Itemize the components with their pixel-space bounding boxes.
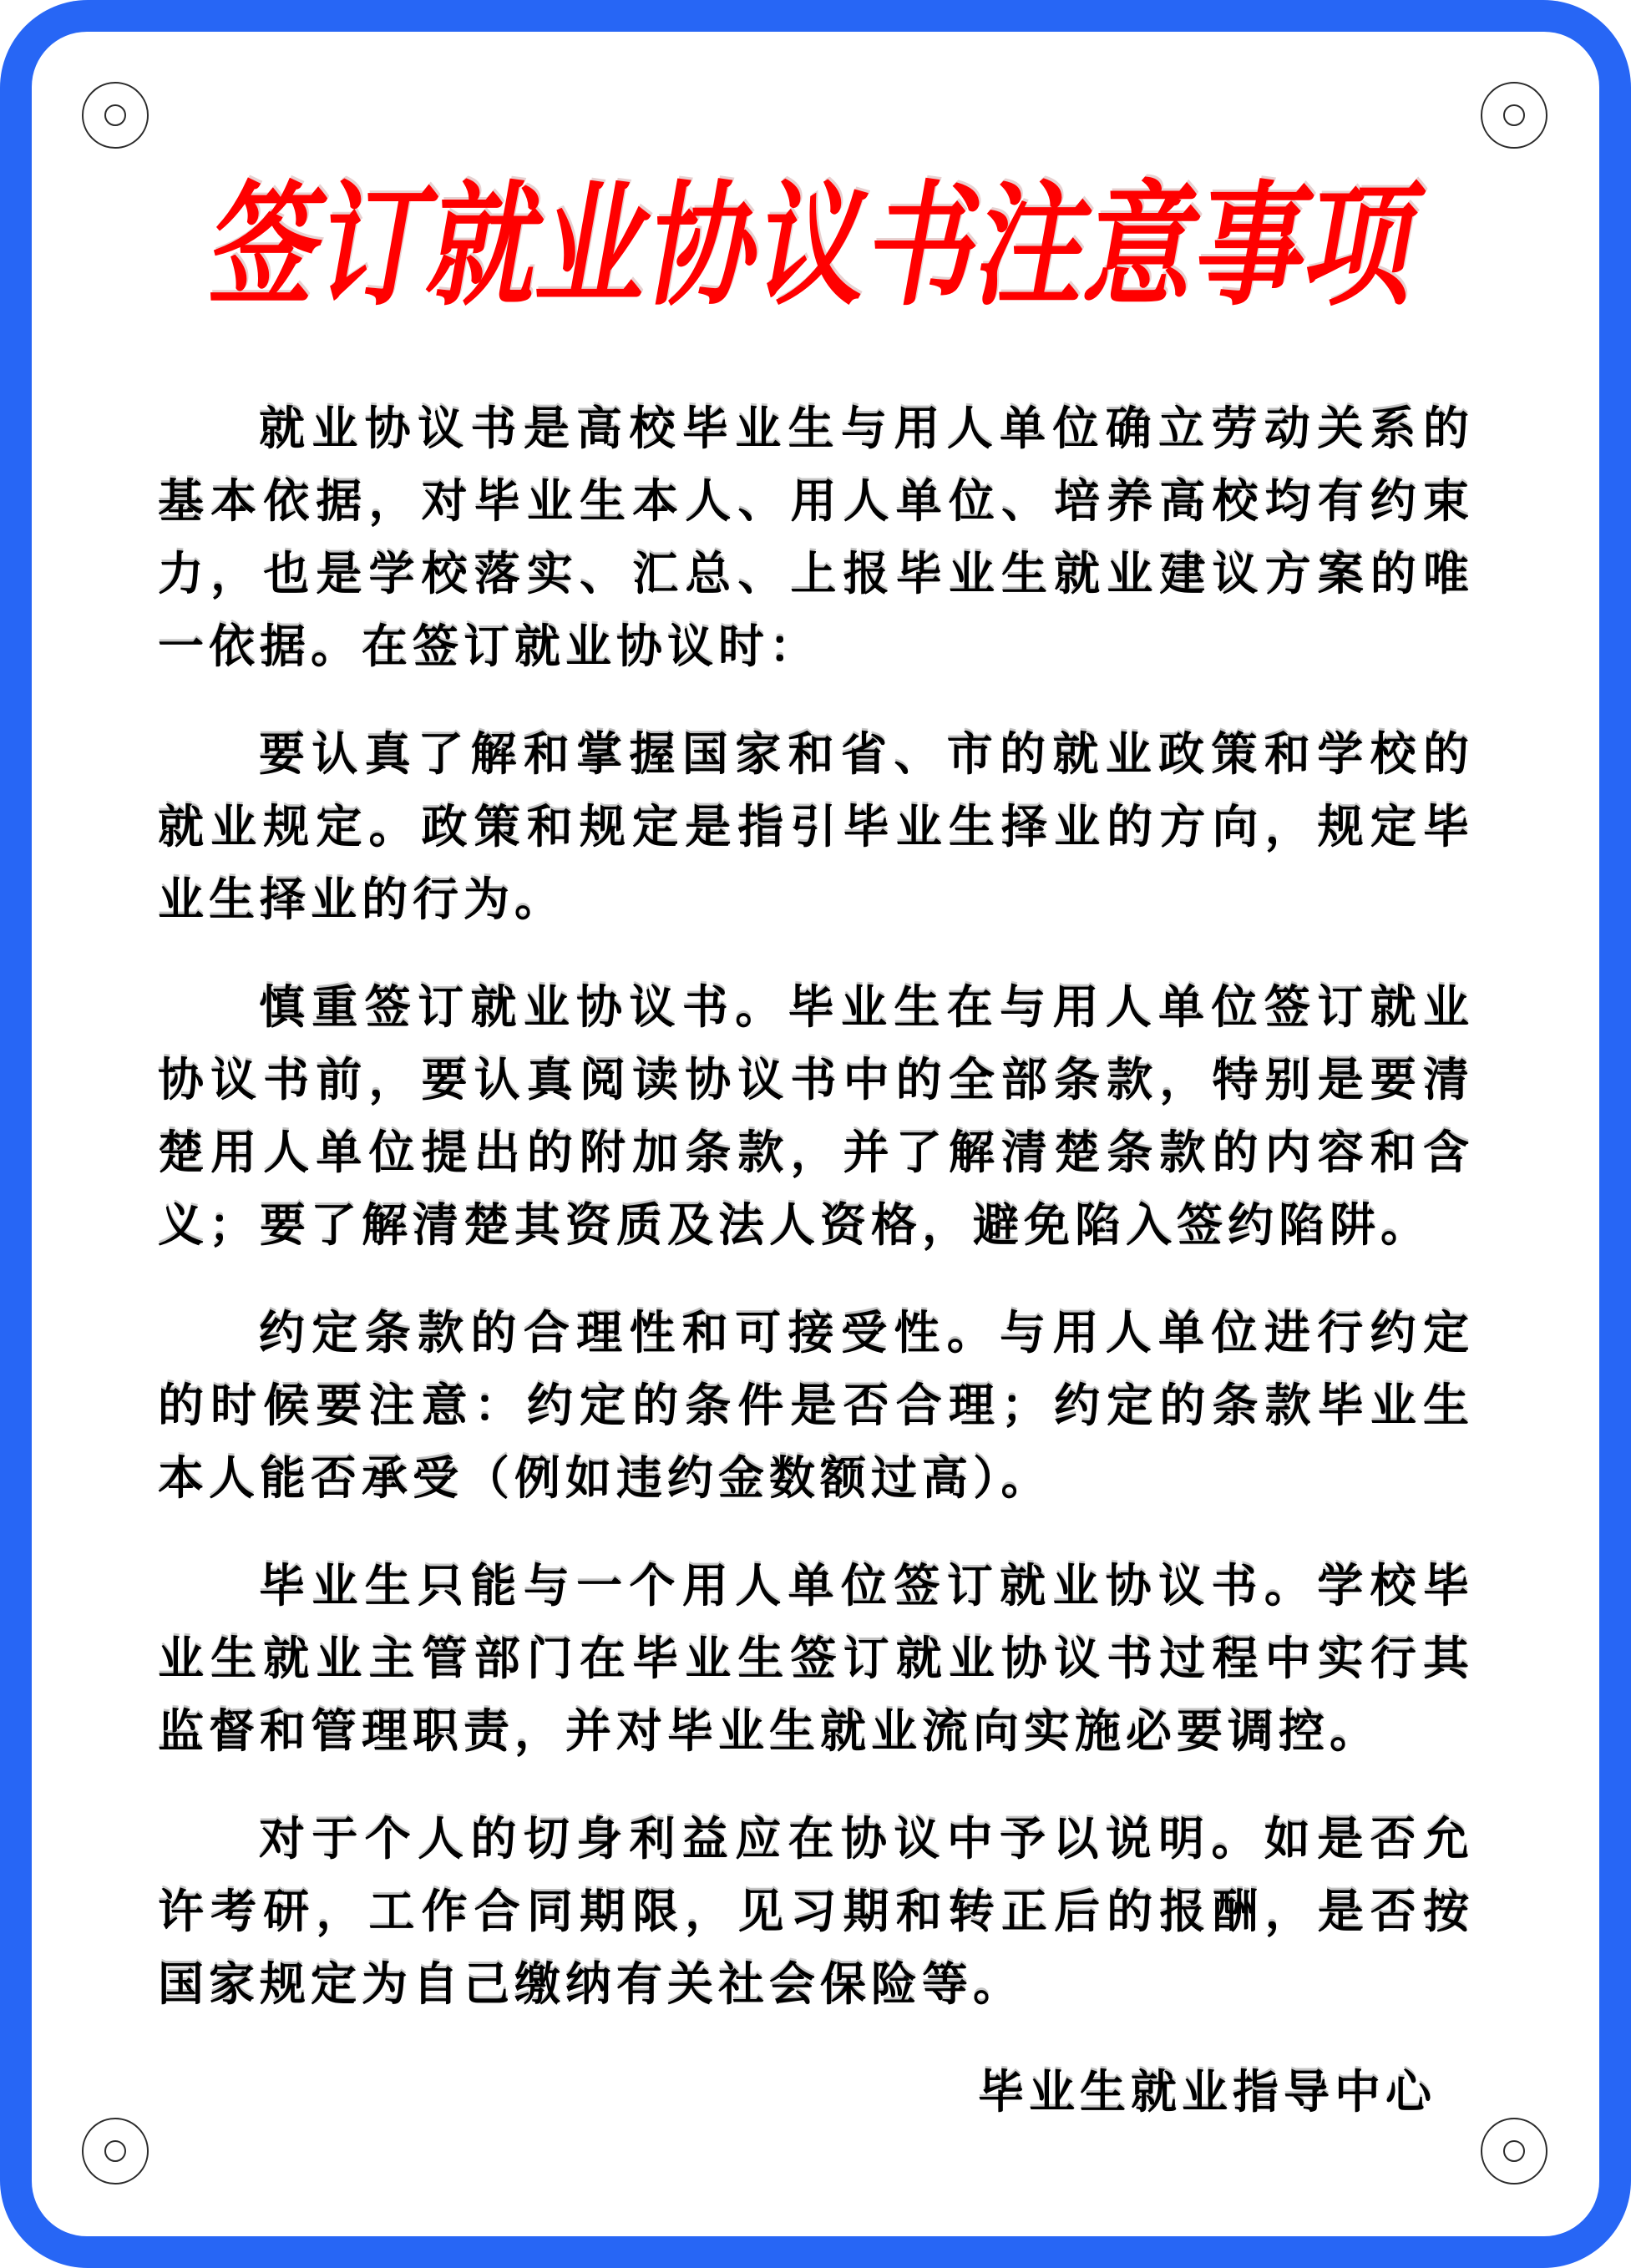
poster-title-text: 签订就业协议书注意事项 xyxy=(200,171,1431,321)
screw-hole-bottom-right-icon xyxy=(1481,2118,1547,2184)
paragraph-personal-interests: 对于个人的切身利益应在协议中予以说明。如是否允许考研，工作合同期限，见习期和转正… xyxy=(158,1803,1474,2021)
screw-hole-top-right-icon xyxy=(1481,82,1547,149)
paragraph-caution: 慎重签订就业协议书。毕业生在与用人单位签订就业协议书前，要认真阅读协议书中的全部… xyxy=(158,971,1474,1262)
poster-title: 签订就业协议书注意事项 xyxy=(32,32,1599,321)
paragraph-terms: 约定条款的合理性和可接受性。与用人单位进行约定的时候要注意：约定的条件是否合理；… xyxy=(158,1297,1474,1515)
paragraph-policies: 要认真了解和掌握国家和省、市的就业政策和学校的就业规定。政策和规定是指引毕业生择… xyxy=(158,718,1474,936)
paragraph-intro: 就业协议书是高校毕业生与用人单位确立劳动关系的基本依据，对毕业生本人、用人单位、… xyxy=(158,392,1474,683)
blue-frame-border: 签订就业协议书注意事项 就业协议书是高校毕业生与用人单位确立劳动关系的基本依据，… xyxy=(0,0,1631,2268)
paragraph-single-employer: 毕业生只能与一个用人单位签订就业协议书。学校毕业生就业主管部门在毕业生签订就业协… xyxy=(158,1550,1474,1768)
screw-hole-bottom-left-icon xyxy=(82,2118,149,2184)
signature-line: 毕业生就业指导中心 xyxy=(158,2056,1474,2129)
screw-hole-top-left-icon xyxy=(82,82,149,149)
poster-panel: 签订就业协议书注意事项 就业协议书是高校毕业生与用人单位确立劳动关系的基本依据，… xyxy=(32,32,1599,2236)
notice-poster: 签订就业协议书注意事项 就业协议书是高校毕业生与用人单位确立劳动关系的基本依据，… xyxy=(0,0,1631,2268)
notice-body: 就业协议书是高校毕业生与用人单位确立劳动关系的基本依据，对毕业生本人、用人单位、… xyxy=(158,392,1474,2021)
